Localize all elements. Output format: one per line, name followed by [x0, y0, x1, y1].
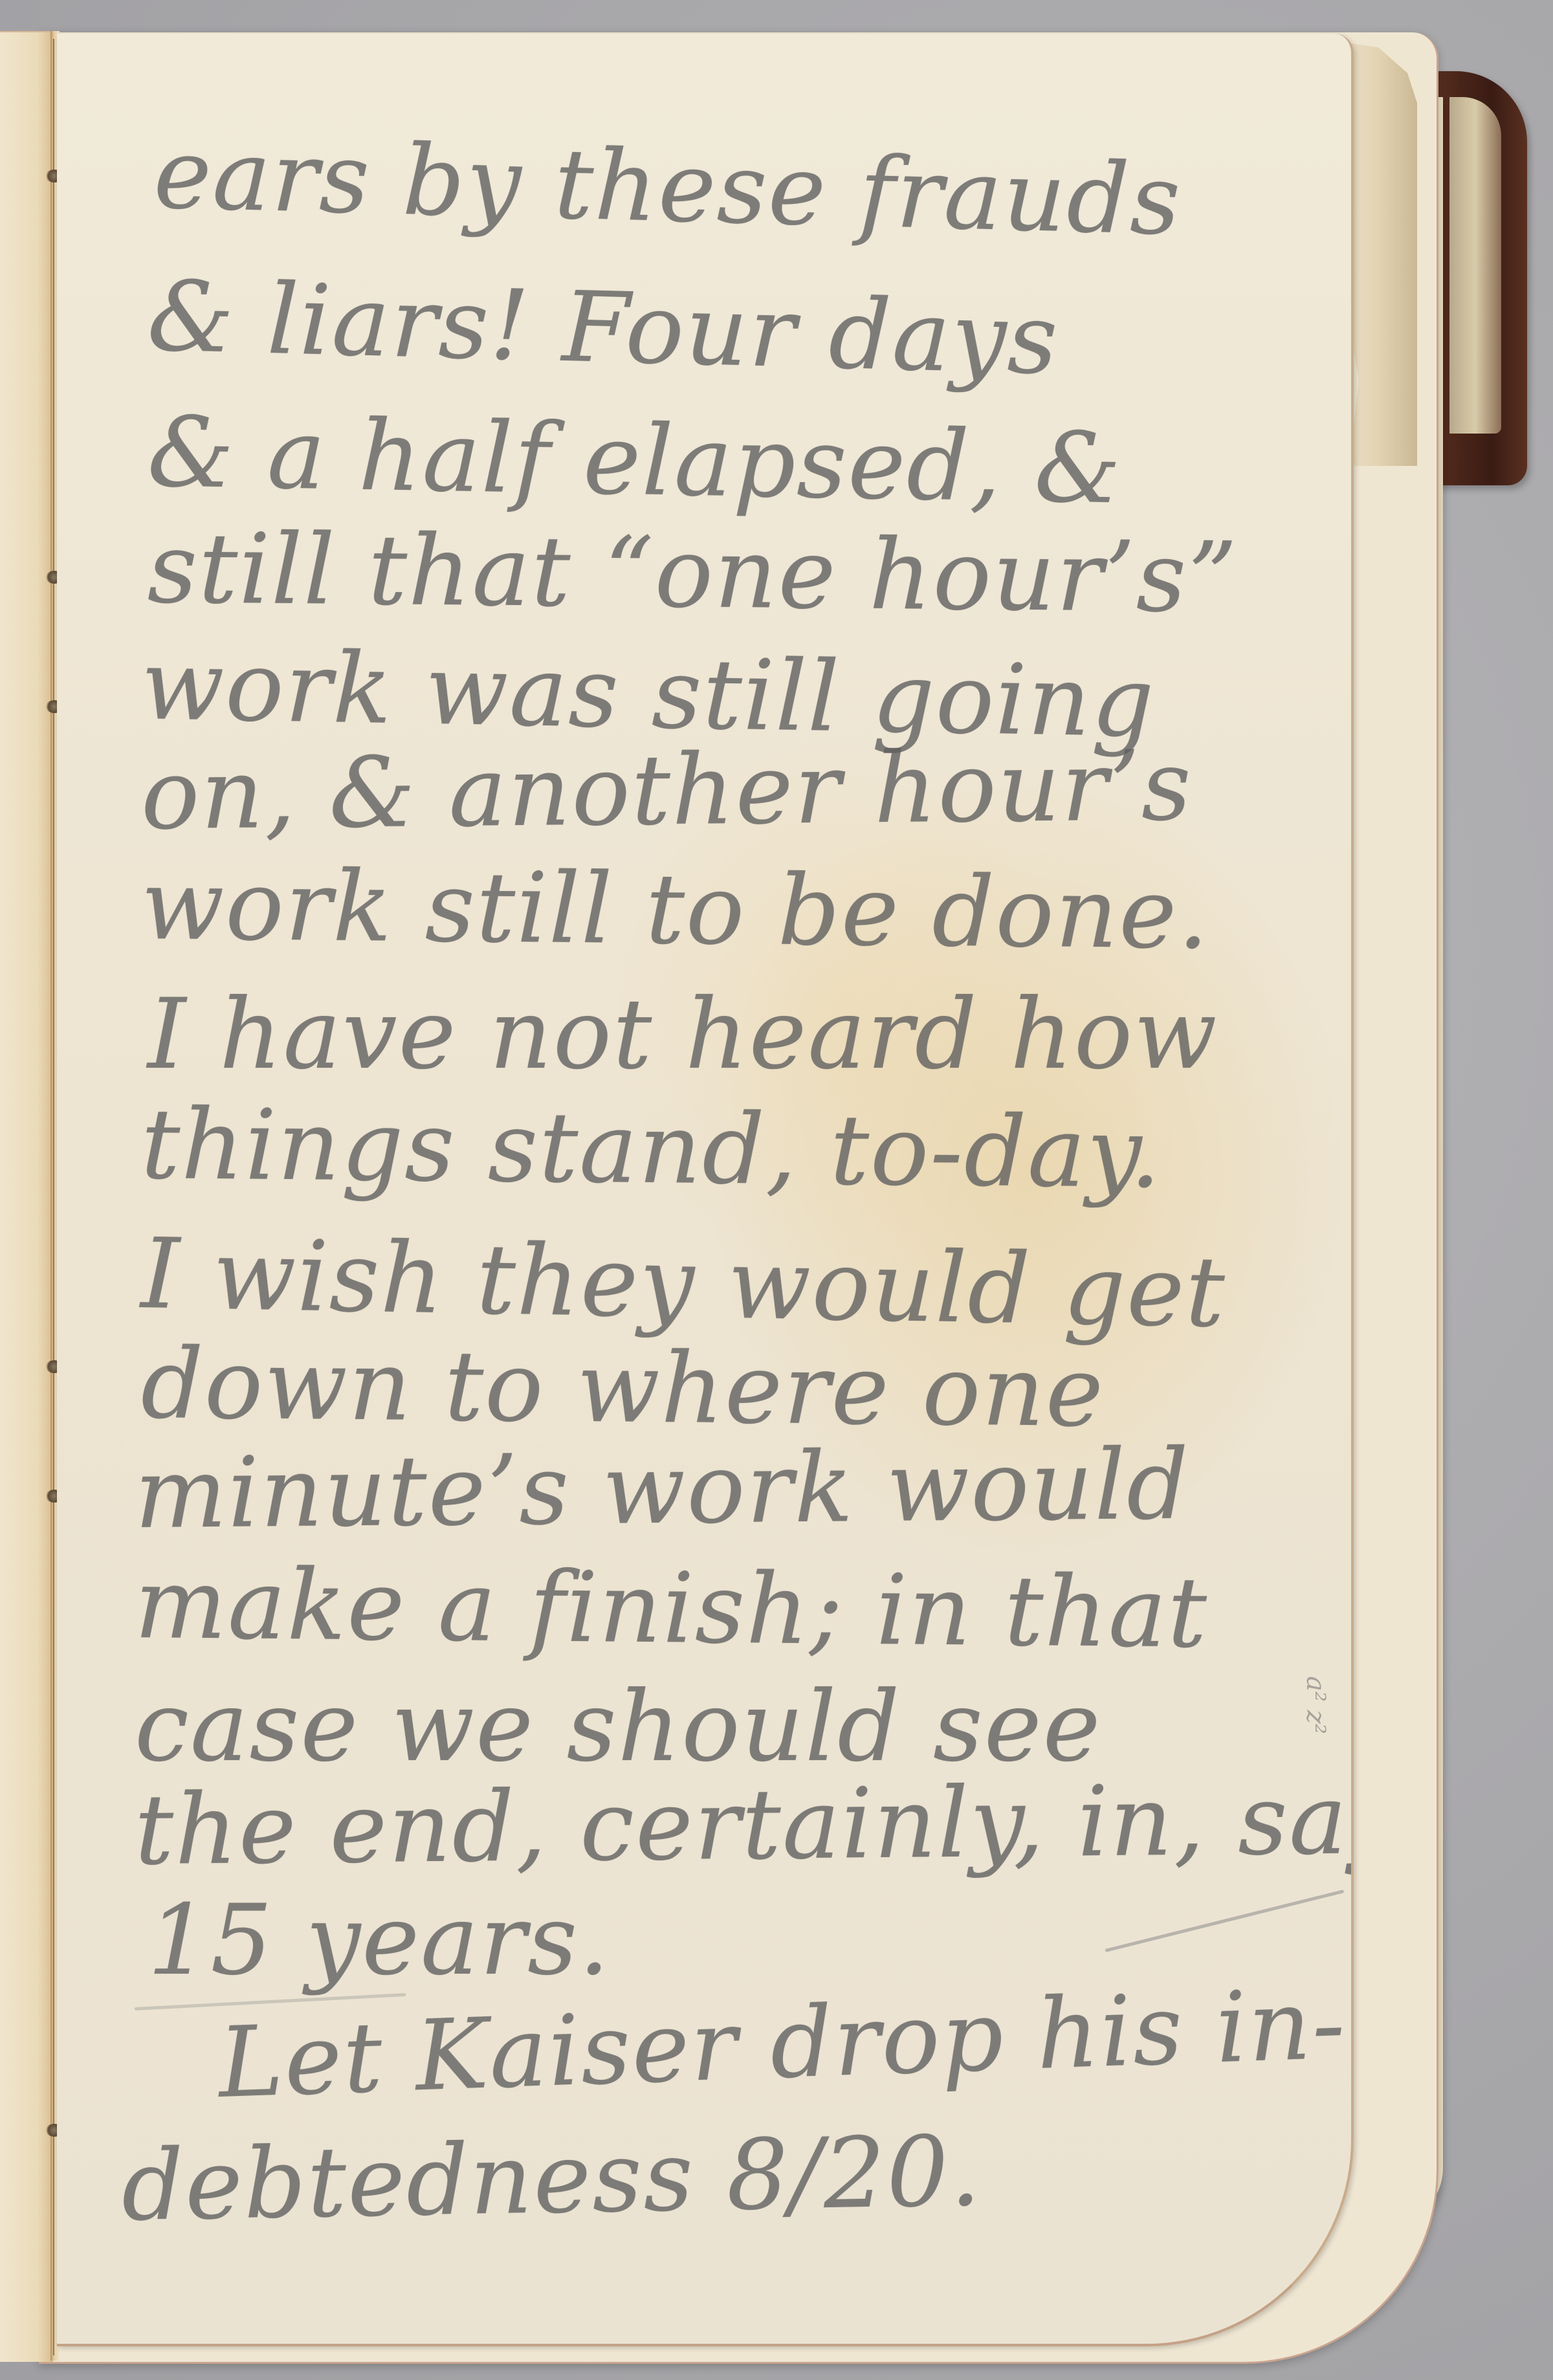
pencil-stroke: [1105, 1890, 1344, 1952]
text-line: still that “one hour’s”: [147, 512, 1239, 635]
text-line: 15 years.: [148, 1884, 611, 1997]
text-line: things stand, to-day.: [140, 1088, 1163, 1210]
text-line: the end, certainly, in, say,: [134, 1763, 1354, 1887]
notebook-page: ears by these frauds & liars! Four days …: [57, 34, 1354, 2346]
gutter-stitch-line: [53, 39, 54, 2355]
text-line: & a half elapsed, &: [146, 396, 1123, 525]
text-line: minute’s work would: [134, 1429, 1191, 1550]
handwritten-text: ears by these frauds & liars! Four days …: [57, 34, 1351, 2344]
text-line: make a finish; in that: [134, 1548, 1208, 1669]
text-line: case we should see: [135, 1671, 1101, 1783]
text-line: on, & another hour’s: [140, 730, 1193, 852]
text-line: & liars! Four days: [146, 260, 1061, 397]
margin-mark: a² z²: [1301, 1676, 1330, 1734]
note-line: debtedness 8/20.: [120, 2115, 982, 2243]
cover-endpaper: [1449, 97, 1501, 434]
text-line: work still to be done.: [140, 849, 1210, 971]
left-page-edge: [0, 31, 53, 2362]
text-line: I have not heard how: [148, 978, 1218, 1091]
text-line: ears by these frauds: [153, 118, 1183, 258]
